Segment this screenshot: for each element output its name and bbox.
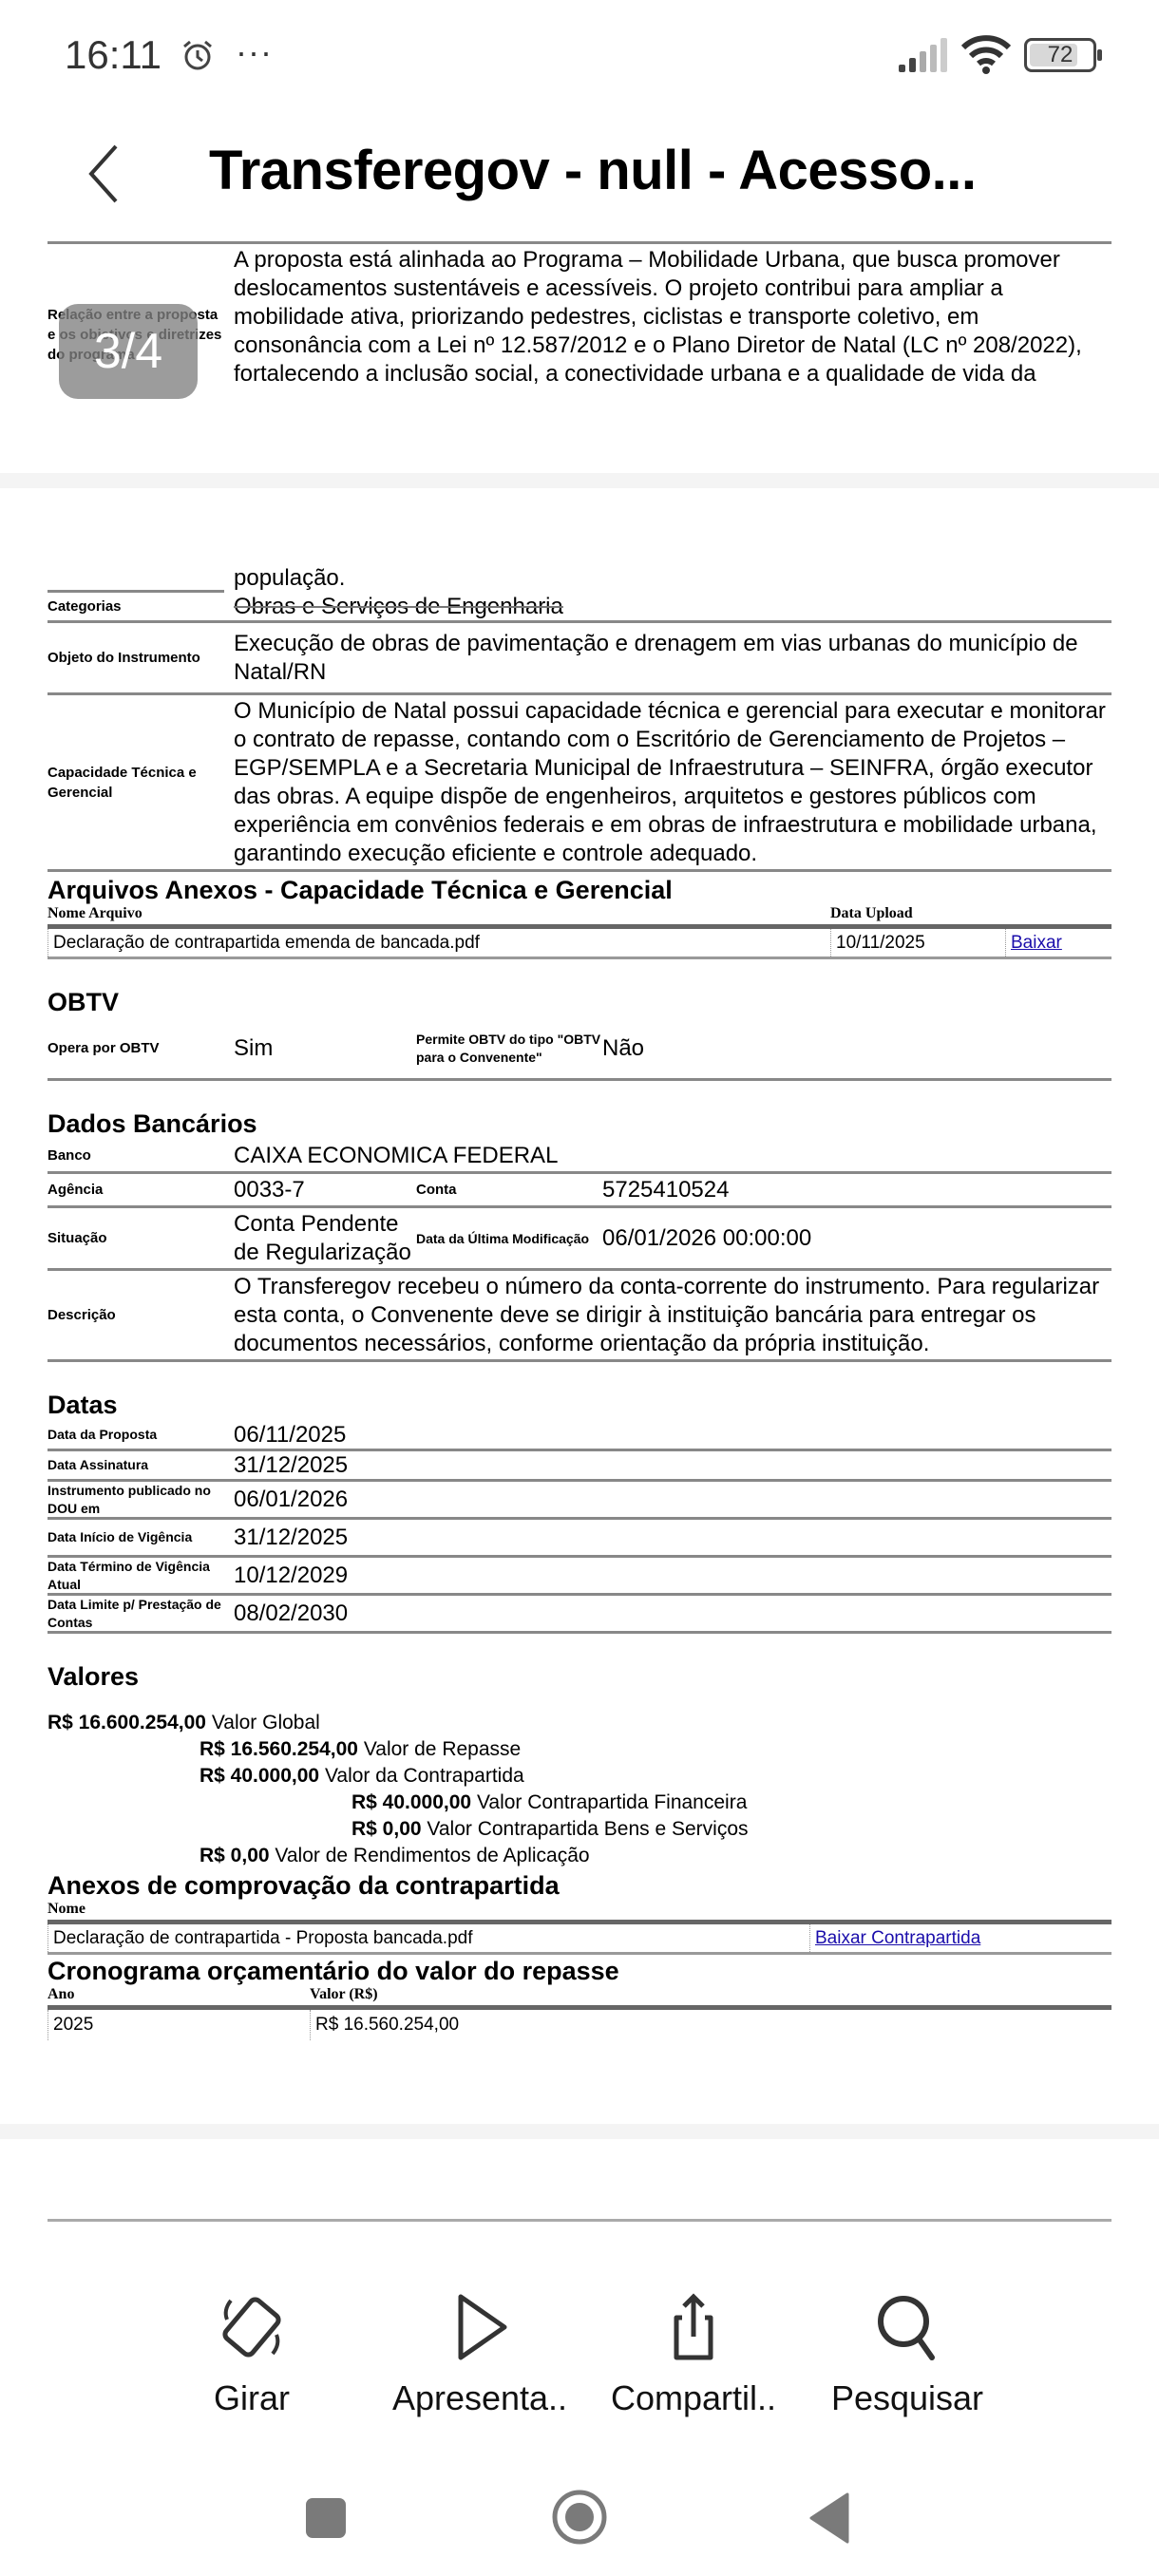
relacao-row: Relação entre a proposta e os objetivos … (47, 244, 1111, 388)
categorias-value: Obras e Serviços de Engenharia (234, 593, 1111, 621)
valor-label: Valor de Repasse (364, 1738, 521, 1760)
document-page-5-top (0, 2139, 1159, 2244)
datas-list: Data da Proposta06/11/2025Data Assinatur… (47, 1421, 1111, 1634)
agencia-row: Agência 0033-7 Conta 5725410524 (47, 1174, 1111, 1208)
datas-value: 31/12/2025 (234, 1524, 1111, 1552)
col-valor: Valor (R$) (310, 1986, 1111, 2003)
valor-amount: R$ 16.560.254,00 (199, 1738, 358, 1760)
categorias-row: Categorias Obras e Serviços de Engenhari… (47, 593, 1111, 623)
back-triangle-icon[interactable] (807, 2492, 851, 2544)
datas-label: Data da Proposta (47, 1426, 234, 1444)
cronograma-title: Cronograma orçamentário do valor do repa… (47, 1955, 1111, 1987)
col-nome-arquivo: Nome Arquivo (47, 905, 830, 922)
valor-item: R$ 16.560.254,00 Valor de Repasse (47, 1736, 1111, 1763)
rotate-label: Girar (157, 2378, 347, 2418)
permite-obtv-value: Não (602, 1034, 1111, 1063)
page-separator (0, 473, 1159, 488)
page-separator (0, 2124, 1159, 2139)
datas-row: Data Término de Vigência Atual10/12/2029 (47, 1558, 1111, 1596)
conta-label: Conta (416, 1181, 602, 1200)
valores-title: Valores (47, 1660, 1111, 1693)
search-icon (869, 2289, 945, 2365)
datas-label: Data Início de Vigência (47, 1528, 234, 1546)
conta-value: 5725410524 (602, 1176, 1111, 1204)
share-label: Compartil.. (598, 2378, 788, 2418)
share-button[interactable]: Compartil.. (598, 2261, 788, 2418)
valor-item: R$ 0,00 Valor Contrapartida Bens e Servi… (47, 1816, 1111, 1843)
agencia-value: 0033-7 (234, 1176, 416, 1204)
banco-value: CAIXA ECONOMICA FEDERAL (234, 1142, 1111, 1170)
valor-amount: R$ 40.000,00 (199, 1765, 319, 1787)
anexos-table-header: Nome (47, 1902, 1111, 1924)
arquivo-nome: Declaração de contrapartida emenda de ba… (47, 929, 830, 957)
cellular-signal-icon (897, 38, 950, 72)
wifi-icon (959, 34, 1013, 76)
ellipsis-icon: ··· (236, 32, 273, 72)
datas-value: 08/02/2030 (234, 1600, 1111, 1628)
banco-row: Banco CAIXA ECONOMICA FEDERAL (47, 1140, 1111, 1174)
battery-level: 72 (1027, 42, 1093, 68)
continuation-text: população. (224, 564, 345, 593)
datas-label: Data Término de Vigência Atual (47, 1558, 234, 1594)
arquivos-table-header: Nome Arquivo Data Upload (47, 906, 1111, 929)
objeto-value: Execução de obras de pavimentação e dren… (234, 630, 1111, 687)
datas-row: Data Assinatura31/12/2025 (47, 1451, 1111, 1482)
valor-item: R$ 16.600.254,00 Valor Global (47, 1710, 1111, 1736)
search-label: Pesquisar (812, 2378, 1002, 2418)
valor-item: R$ 40.000,00 Valor da Contrapartida (47, 1763, 1111, 1790)
valor-amount: R$ 0,00 (199, 1845, 270, 1866)
col-data-upload: Data Upload (830, 905, 1005, 922)
alarm-clock-icon (180, 38, 215, 72)
home-circle-icon[interactable] (551, 2489, 608, 2546)
datas-value: 06/11/2025 (234, 1421, 1111, 1449)
opera-obtv-value: Sim (234, 1034, 416, 1063)
arquivos-title: Arquivos Anexos - Capacidade Técnica e G… (47, 874, 1111, 906)
document-page-4: população. Categorias Obras e Serviços d… (0, 488, 1159, 2124)
table-row: 2025 R$ 16.560.254,00 (47, 2010, 1111, 2040)
opera-obtv-label: Opera por OBTV (47, 1038, 234, 1058)
search-button[interactable]: Pesquisar (812, 2261, 1002, 2418)
valor-label: Valor Global (212, 1712, 320, 1733)
datas-value: 31/12/2025 (234, 1451, 1111, 1480)
datas-value: 06/01/2026 (234, 1486, 1111, 1514)
datas-row: Data Início de Vigência31/12/2025 (47, 1520, 1111, 1558)
cronograma-ano: 2025 (47, 2010, 310, 2040)
datas-row: Data da Proposta06/11/2025 (47, 1421, 1111, 1451)
share-icon (655, 2289, 731, 2365)
status-bar: 16:11 ··· 72 (0, 0, 1159, 104)
table-row: Declaração de contrapartida - Proposta b… (47, 1924, 1111, 1955)
app-header: Transferegov - null - Acesso... (0, 114, 1159, 228)
datas-label: Instrumento publicado no DOU em (47, 1482, 234, 1518)
bancarios-title: Dados Bancários (47, 1108, 1111, 1140)
relacao-value: A proposta está alinhada ao Programa – M… (234, 244, 1111, 388)
permite-obtv-label: Permite OBTV do tipo "OBTV para o Conven… (416, 1031, 602, 1067)
presentation-button[interactable]: Apresenta.. (385, 2261, 575, 2418)
col-nome: Nome (47, 1901, 809, 1918)
baixar-link[interactable]: Baixar (1011, 933, 1062, 954)
rotate-button[interactable]: Girar (157, 2261, 347, 2418)
anexo-nome: Declaração de contrapartida - Proposta b… (47, 1924, 809, 1952)
battery-icon: 72 (1024, 38, 1096, 72)
play-icon (442, 2289, 518, 2365)
capacidade-row: Capacidade Técnica e Gerencial O Municíp… (47, 695, 1111, 872)
datas-label: Data Assinatura (47, 1456, 234, 1474)
recents-square-icon[interactable] (306, 2498, 346, 2538)
valor-item: R$ 40.000,00 Valor Contrapartida Finance… (47, 1790, 1111, 1816)
col-ano: Ano (47, 1986, 310, 2003)
valor-item: R$ 0,00 Valor de Rendimentos de Aplicaçã… (47, 1843, 1111, 1869)
obtv-title: OBTV (47, 986, 1111, 1018)
capacidade-label: Capacidade Técnica e Gerencial (47, 763, 234, 803)
table-row: Declaração de contrapartida emenda de ba… (47, 929, 1111, 959)
valor-label: Valor da Contrapartida (325, 1765, 524, 1787)
arquivo-data: 10/11/2025 (830, 929, 1005, 957)
cronograma-table-header: Ano Valor (R$) (47, 1987, 1111, 2010)
document-title: Transferegov - null - Acesso... (209, 139, 976, 202)
valor-label: Valor Contrapartida Bens e Serviços (427, 1818, 748, 1840)
rotate-icon (214, 2289, 290, 2365)
descricao-label: Descrição (47, 1305, 234, 1325)
valor-amount: R$ 0,00 (351, 1818, 422, 1840)
chevron-left-icon[interactable] (80, 142, 127, 205)
banco-label: Banco (47, 1146, 234, 1165)
system-navigation-bar (0, 2470, 1159, 2576)
agencia-label: Agência (47, 1180, 234, 1200)
page-indicator: 3/4 (59, 304, 198, 399)
modificacao-label: Data da Última Modificação (416, 1229, 602, 1248)
situacao-row: Situação Conta Pendente de Regularização… (47, 1208, 1111, 1271)
obtv-row: Opera por OBTV Sim Permite OBTV do tipo … (47, 1018, 1111, 1081)
valor-label: Valor Contrapartida Financeira (477, 1791, 747, 1813)
valor-amount: R$ 40.000,00 (351, 1791, 471, 1813)
objeto-row: Objeto do Instrumento Execução de obras … (47, 623, 1111, 695)
datas-row: Data Limite p/ Prestação de Contas08/02/… (47, 1596, 1111, 1634)
datas-title: Datas (47, 1389, 1111, 1421)
situacao-label: Situação (47, 1228, 234, 1248)
baixar-contrapartida-link[interactable]: Baixar Contrapartida (815, 1928, 980, 1949)
categorias-label: Categorias (47, 597, 234, 616)
capacidade-value: O Município de Natal possui capacidade t… (234, 697, 1111, 868)
datas-value: 10/12/2029 (234, 1562, 1111, 1590)
presentation-label: Apresenta.. (385, 2378, 575, 2418)
objeto-label: Objeto do Instrumento (47, 648, 234, 668)
bottom-toolbar: Girar Apresenta.. Compartil.. Pesquisar (0, 2261, 1159, 2403)
valores-list: R$ 16.600.254,00 Valor GlobalR$ 16.560.2… (47, 1710, 1111, 1869)
anexos-contrapartida-title: Anexos de comprovação da contrapartida (47, 1869, 1111, 1902)
descricao-row: Descrição O Transferegov recebeu o númer… (47, 1271, 1111, 1362)
cronograma-valor: R$ 16.560.254,00 (310, 2010, 1111, 2040)
valor-label: Valor de Rendimentos de Aplicação (275, 1845, 589, 1866)
datas-row: Instrumento publicado no DOU em06/01/202… (47, 1482, 1111, 1520)
datas-label: Data Limite p/ Prestação de Contas (47, 1596, 234, 1632)
valor-amount: R$ 16.600.254,00 (47, 1712, 206, 1733)
status-time: 16:11 (65, 32, 161, 78)
modificacao-value: 06/01/2026 00:00:00 (602, 1224, 1111, 1253)
situacao-value: Conta Pendente de Regularização (234, 1210, 416, 1267)
descricao-value: O Transferegov recebeu o número da conta… (234, 1273, 1111, 1358)
